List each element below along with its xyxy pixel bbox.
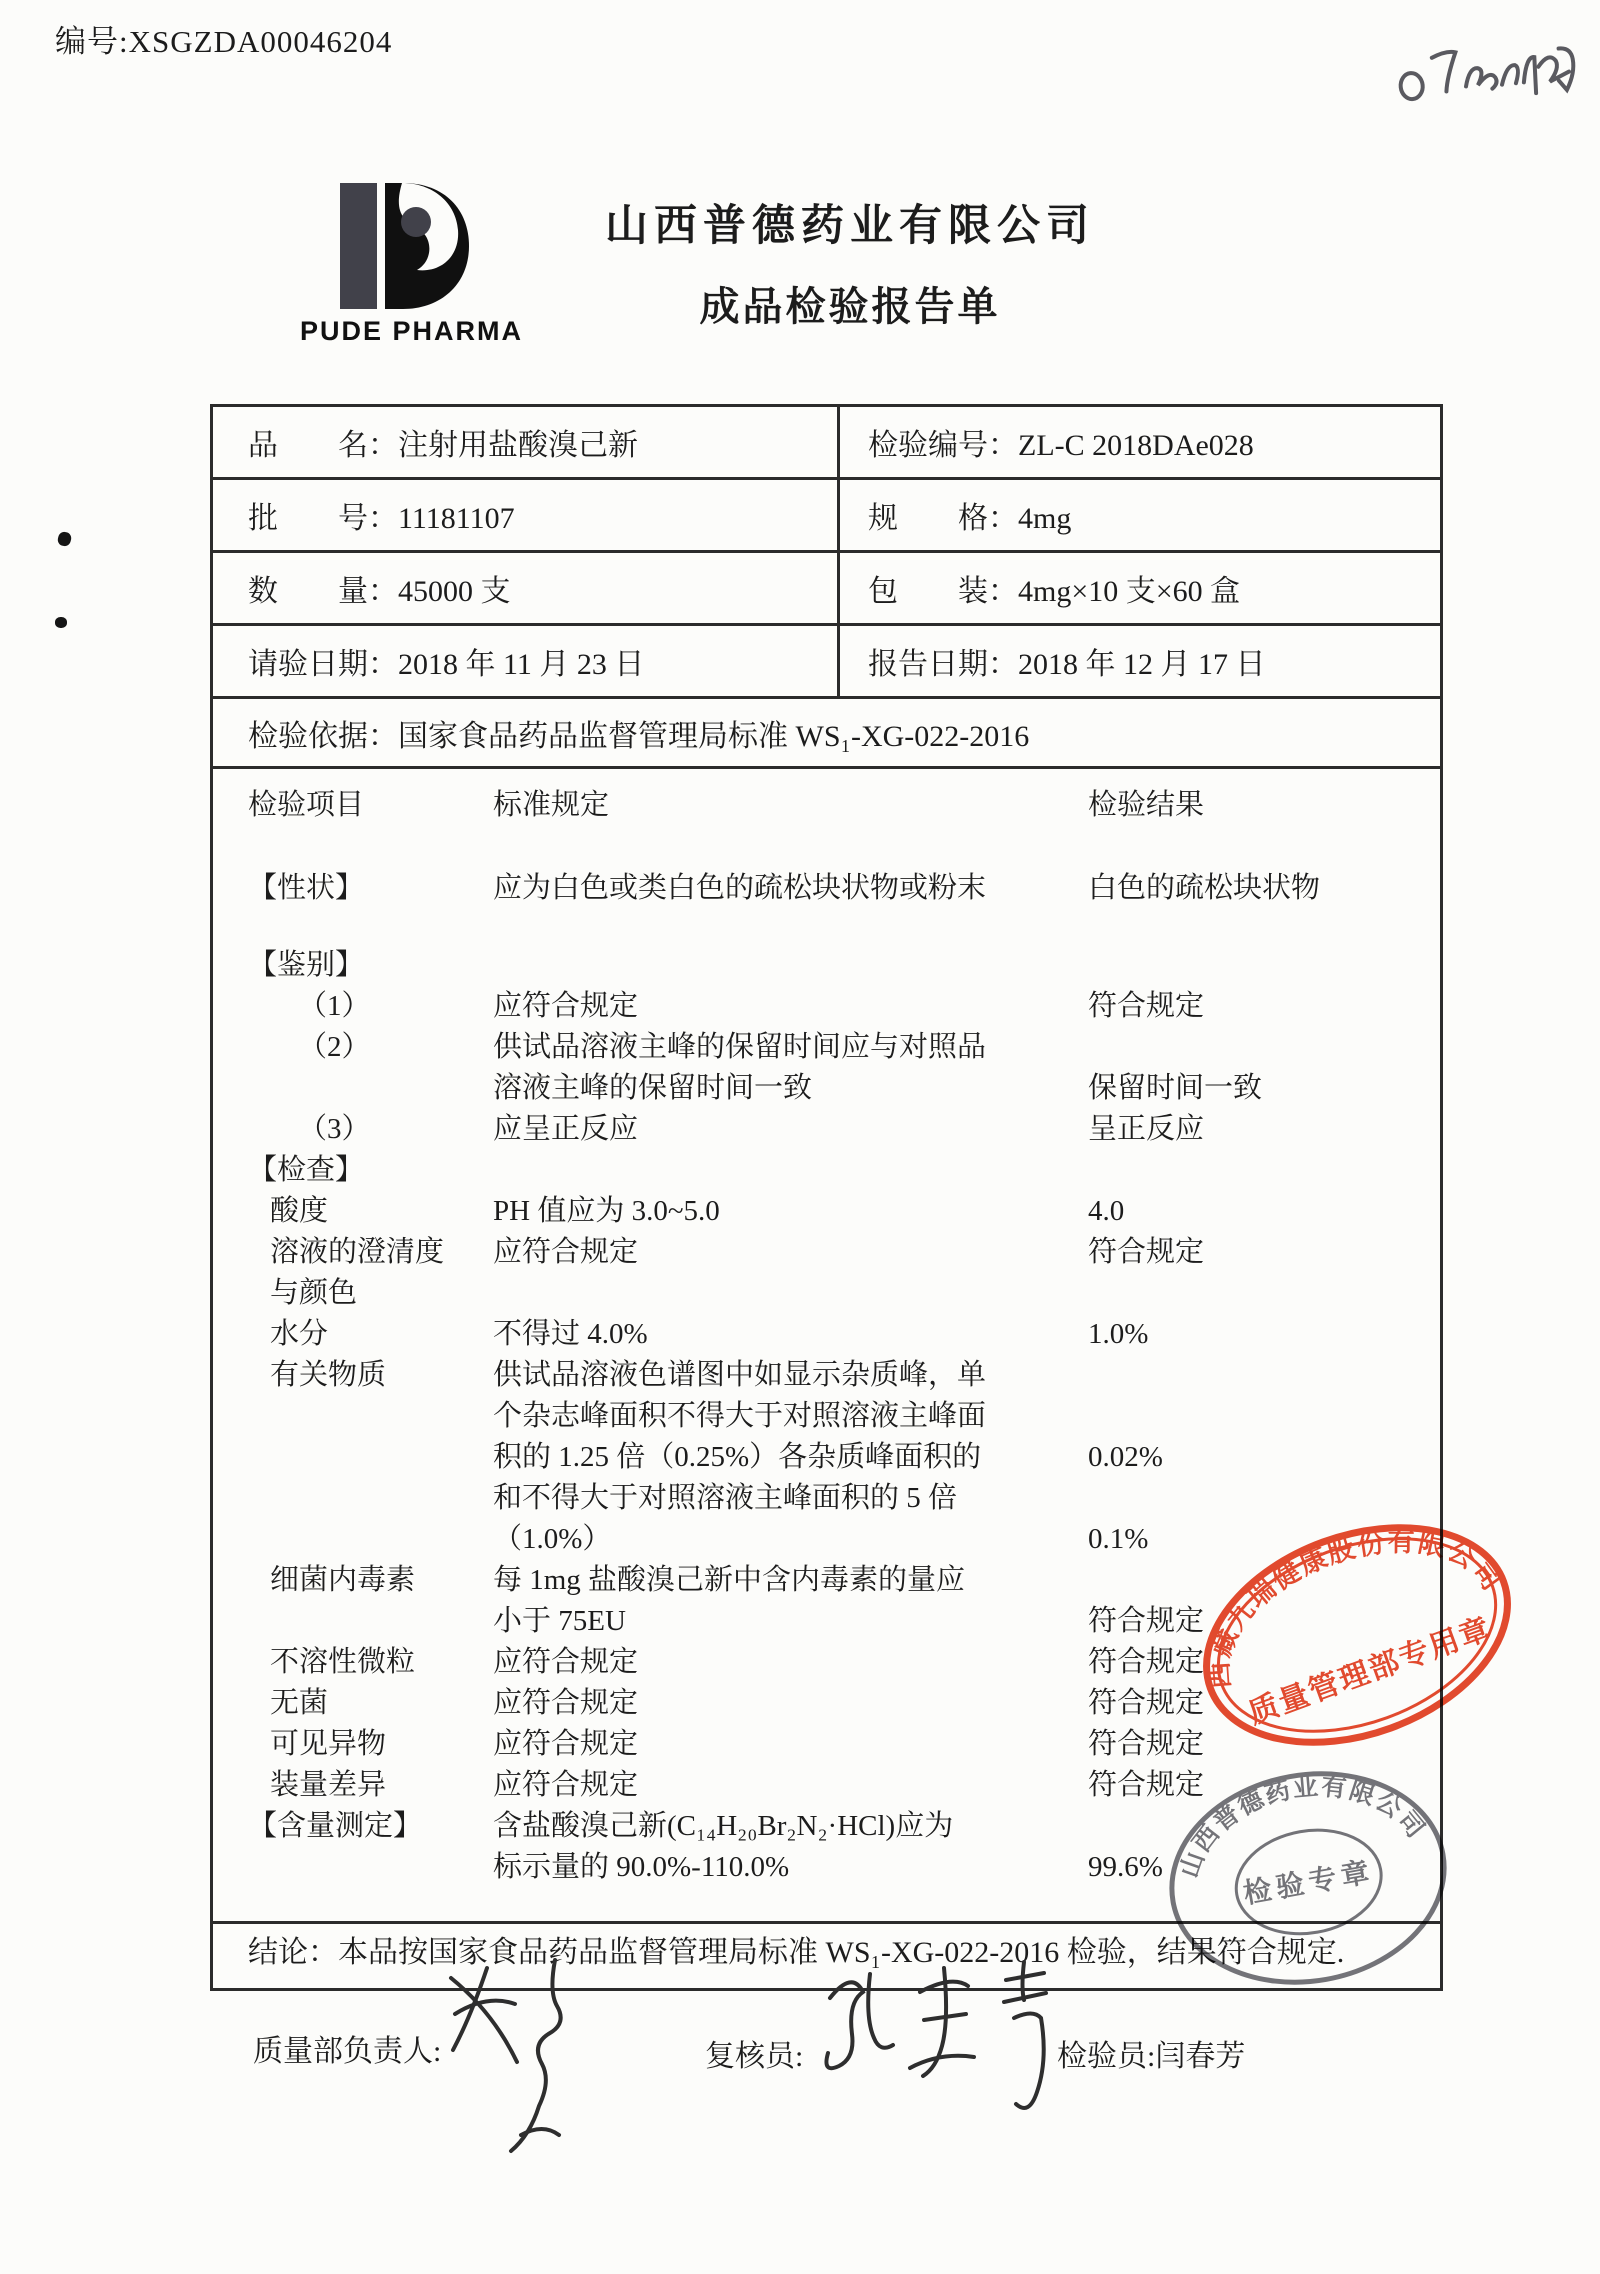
inspection-standard: 标示量的 90.0%-110.0% (493, 1847, 1088, 1888)
inspection-standard: 供试品溶液主峰的保留时间应与对照品 (493, 1027, 1088, 1068)
info-cell-left: 请验日期：2018 年 11 月 23 日 (213, 626, 840, 696)
inspection-result: 符合规定 (1088, 986, 1440, 1027)
inspection-standard: 标准规定 (493, 785, 1088, 826)
info-rows: 品 名：注射用盐酸溴己新 检验编号：ZL-C 2018DAe028 批 号：11… (213, 407, 1440, 699)
inspection-result: 保留时间一致 (1088, 1068, 1440, 1109)
company-name: 山西普德药业有限公司 (560, 192, 1140, 253)
inspection-standard: 应符合规定 (493, 1765, 1088, 1806)
inspection-item: 检验项目 (213, 785, 493, 826)
inspection-standard: 不得过 4.0% (493, 1314, 1088, 1355)
inspection-basis: 检验依据：国家食品药品监督管理局标准 WS₁-XG-022-2016 (213, 699, 1440, 769)
inspection-standard: 应符合规定 (493, 986, 1088, 1027)
inspection-item: 与颜色 (213, 1273, 493, 1314)
info-cell-left: 批 号：11181107 (213, 480, 840, 550)
logo-text: PUDE PHARMA (300, 316, 515, 347)
inspection-result: 白色的疏松块状物 (1088, 868, 1440, 909)
inspection-row: 有关物质 供试品溶液色谱图中如显示杂质峰，单 (213, 1355, 1440, 1396)
inspection-row: 积的 1.25 倍（0.25%）各杂质峰面积的 0.02% (213, 1437, 1440, 1478)
inspection-item: 可见异物 (213, 1724, 493, 1765)
inspector-name: 闫春芳 (1155, 2040, 1245, 2073)
inspection-row: 【性状】 应为白色或类白色的疏松块状物或粉末 白色的疏松块状物 (213, 868, 1440, 909)
info-row: 请验日期：2018 年 11 月 23 日 报告日期：2018 年 12 月 1… (213, 626, 1440, 699)
inspection-row: （2） 供试品溶液主峰的保留时间应与对照品 (213, 1027, 1440, 1068)
inspection-item: 有关物质 (213, 1355, 493, 1396)
inspection-result (1088, 945, 1440, 986)
inspection-standard: 溶液主峰的保留时间一致 (493, 1068, 1088, 1109)
info-row: 数 量：45000 支 包 装：4mg×10 支×60 盒 (213, 553, 1440, 626)
inspection-item: 装量差异 (213, 1765, 493, 1806)
inspection-item: 酸度 (213, 1191, 493, 1232)
inspection-row: （1） 应符合规定 符合规定 (213, 986, 1440, 1027)
handwritten-mark (1388, 16, 1588, 116)
inspection-standard (493, 1150, 1088, 1191)
red-qc-stamp: 西藏九瑞健康股份有限公司 质量管理部专用章 (1185, 1505, 1530, 1770)
inspection-standard: 应符合规定 (493, 1232, 1088, 1273)
inspection-result: 检验结果 (1088, 785, 1440, 826)
inspection-result (1088, 1027, 1440, 1068)
inspection-result: 4.0 (1088, 1191, 1440, 1232)
reviewer-label: 复核员: (705, 2031, 803, 2075)
info-cell-right: 规 格：4mg (840, 480, 1440, 550)
inspection-row: （3） 应呈正反应 呈正反应 (213, 1109, 1440, 1150)
inspection-result (1088, 1150, 1440, 1191)
red-stamp-dept-text: 质量管理部专用章 (1244, 1611, 1496, 1731)
inspection-item: （3） (213, 1109, 493, 1150)
inspection-item: 【检查】 (213, 1150, 493, 1191)
inspection-row: 溶液主峰的保留时间一致 保留时间一致 (213, 1068, 1440, 1109)
inspection-standard: 小于 75EU (493, 1601, 1088, 1642)
document-number: 编号:XSGZDA00046204 (55, 16, 392, 61)
report-header: 山西普德药业有限公司 成品检验报告单 (560, 192, 1140, 332)
inspection-result: 符合规定 (1088, 1232, 1440, 1273)
inspection-standard (493, 945, 1088, 986)
inspection-item (213, 1478, 493, 1519)
inspection-item: 溶液的澄清度 (213, 1232, 493, 1273)
inspection-result: 呈正反应 (1088, 1109, 1440, 1150)
inspection-item: 水分 (213, 1314, 493, 1355)
inspection-item (213, 1847, 493, 1888)
inspection-row: 【鉴别】 (213, 945, 1440, 986)
inspection-standard: 应呈正反应 (493, 1109, 1088, 1150)
info-cell-right: 包 装：4mg×10 支×60 盒 (840, 553, 1440, 623)
inspection-row: 与颜色 (213, 1273, 1440, 1314)
info-cell-left: 品 名：注射用盐酸溴己新 (213, 407, 840, 477)
inspection-standard: 含盐酸溴己新(C₁₄H₂₀Br₂N₂·HCl)应为 (493, 1806, 1088, 1847)
inspection-row: 个杂志峰面积不得大于对照溶液主峰面 (213, 1396, 1440, 1437)
inspection-standard: 个杂志峰面积不得大于对照溶液主峰面 (493, 1396, 1088, 1437)
inspection-standard: 和不得大于对照溶液主峰面积的 5 倍 (493, 1478, 1088, 1519)
inspection-basis-text: 检验依据：国家食品药品监督管理局标准 WS₁-XG-022-2016 (248, 711, 1029, 755)
inspection-item: （2） (213, 1027, 493, 1068)
ink-dot (56, 531, 72, 548)
info-cell-right: 报告日期：2018 年 12 月 17 日 (840, 626, 1440, 696)
info-cell-left: 数 量：45000 支 (213, 553, 840, 623)
inspection-item: 【鉴别】 (213, 945, 493, 986)
inspection-standard: （1.0%） (493, 1519, 1088, 1560)
inspection-item (213, 1601, 493, 1642)
inspector-label: 检验员:闫春芳 (1057, 2031, 1245, 2075)
inspection-standard: 每 1mg 盐酸溴己新中含内毒素的量应 (493, 1560, 1088, 1601)
inspection-result: 1.0% (1088, 1314, 1440, 1355)
inspection-standard: 应符合规定 (493, 1724, 1088, 1765)
inspection-standard: 应符合规定 (493, 1683, 1088, 1724)
inspection-result (1088, 1355, 1440, 1396)
grey-inspection-stamp: 山西普德药业有限公司 检验专章 (1160, 1768, 1460, 1993)
qa-manager-signature (435, 1950, 655, 2180)
report-title: 成品检验报告单 (560, 275, 1140, 332)
info-row: 批 号：11181107 规 格：4mg (213, 480, 1440, 553)
inspection-item (213, 1068, 493, 1109)
inspection-result (1088, 1273, 1440, 1314)
grey-stamp-inner-text: 检验专章 (1241, 1855, 1377, 1910)
inspection-item: 【性状】 (213, 868, 493, 909)
pude-pharma-logo-icon (330, 180, 480, 312)
info-row: 品 名：注射用盐酸溴己新 检验编号：ZL-C 2018DAe028 (213, 407, 1440, 480)
inspection-standard: 供试品溶液色谱图中如显示杂质峰，单 (493, 1355, 1088, 1396)
inspection-row: 酸度 PH 值应为 3.0~5.0 4.0 (213, 1191, 1440, 1232)
svg-text:山西普德药业有限公司: 山西普德药业有限公司 (1162, 1768, 1433, 1886)
inspection-item: 细菌内毒素 (213, 1560, 493, 1601)
inspection-item: 不溶性微粒 (213, 1642, 493, 1683)
company-logo: PUDE PHARMA (300, 180, 515, 347)
grey-stamp-org-text: 山西普德药业有限公司 (1162, 1768, 1433, 1886)
reviewer-signature (812, 1952, 1072, 2162)
inspection-item (213, 1519, 493, 1560)
inspection-item: （1） (213, 986, 493, 1027)
info-cell-right: 检验编号：ZL-C 2018DAe028 (840, 407, 1440, 477)
ink-dot (55, 617, 67, 628)
inspection-row: 【检查】 (213, 1150, 1440, 1191)
inspection-row: 检验项目 标准规定 检验结果 (213, 785, 1440, 826)
inspection-standard: 积的 1.25 倍（0.25%）各杂质峰面积的 (493, 1437, 1088, 1478)
inspection-standard: PH 值应为 3.0~5.0 (493, 1191, 1088, 1232)
qa-manager-label: 质量部负责人: (253, 2026, 441, 2070)
inspection-result: 0.02% (1088, 1437, 1440, 1478)
inspection-row: 水分 不得过 4.0% 1.0% (213, 1314, 1440, 1355)
inspection-standard: 应为白色或类白色的疏松块状物或粉末 (493, 868, 1088, 909)
inspection-result (1088, 1396, 1440, 1437)
inspection-row: 溶液的澄清度 应符合规定 符合规定 (213, 1232, 1440, 1273)
inspection-item (213, 1396, 493, 1437)
inspection-item: 无菌 (213, 1683, 493, 1724)
inspection-item: 【含量测定】 (213, 1806, 493, 1847)
inspection-standard (493, 1273, 1088, 1314)
inspection-item (213, 1437, 493, 1478)
inspection-standard: 应符合规定 (493, 1642, 1088, 1683)
